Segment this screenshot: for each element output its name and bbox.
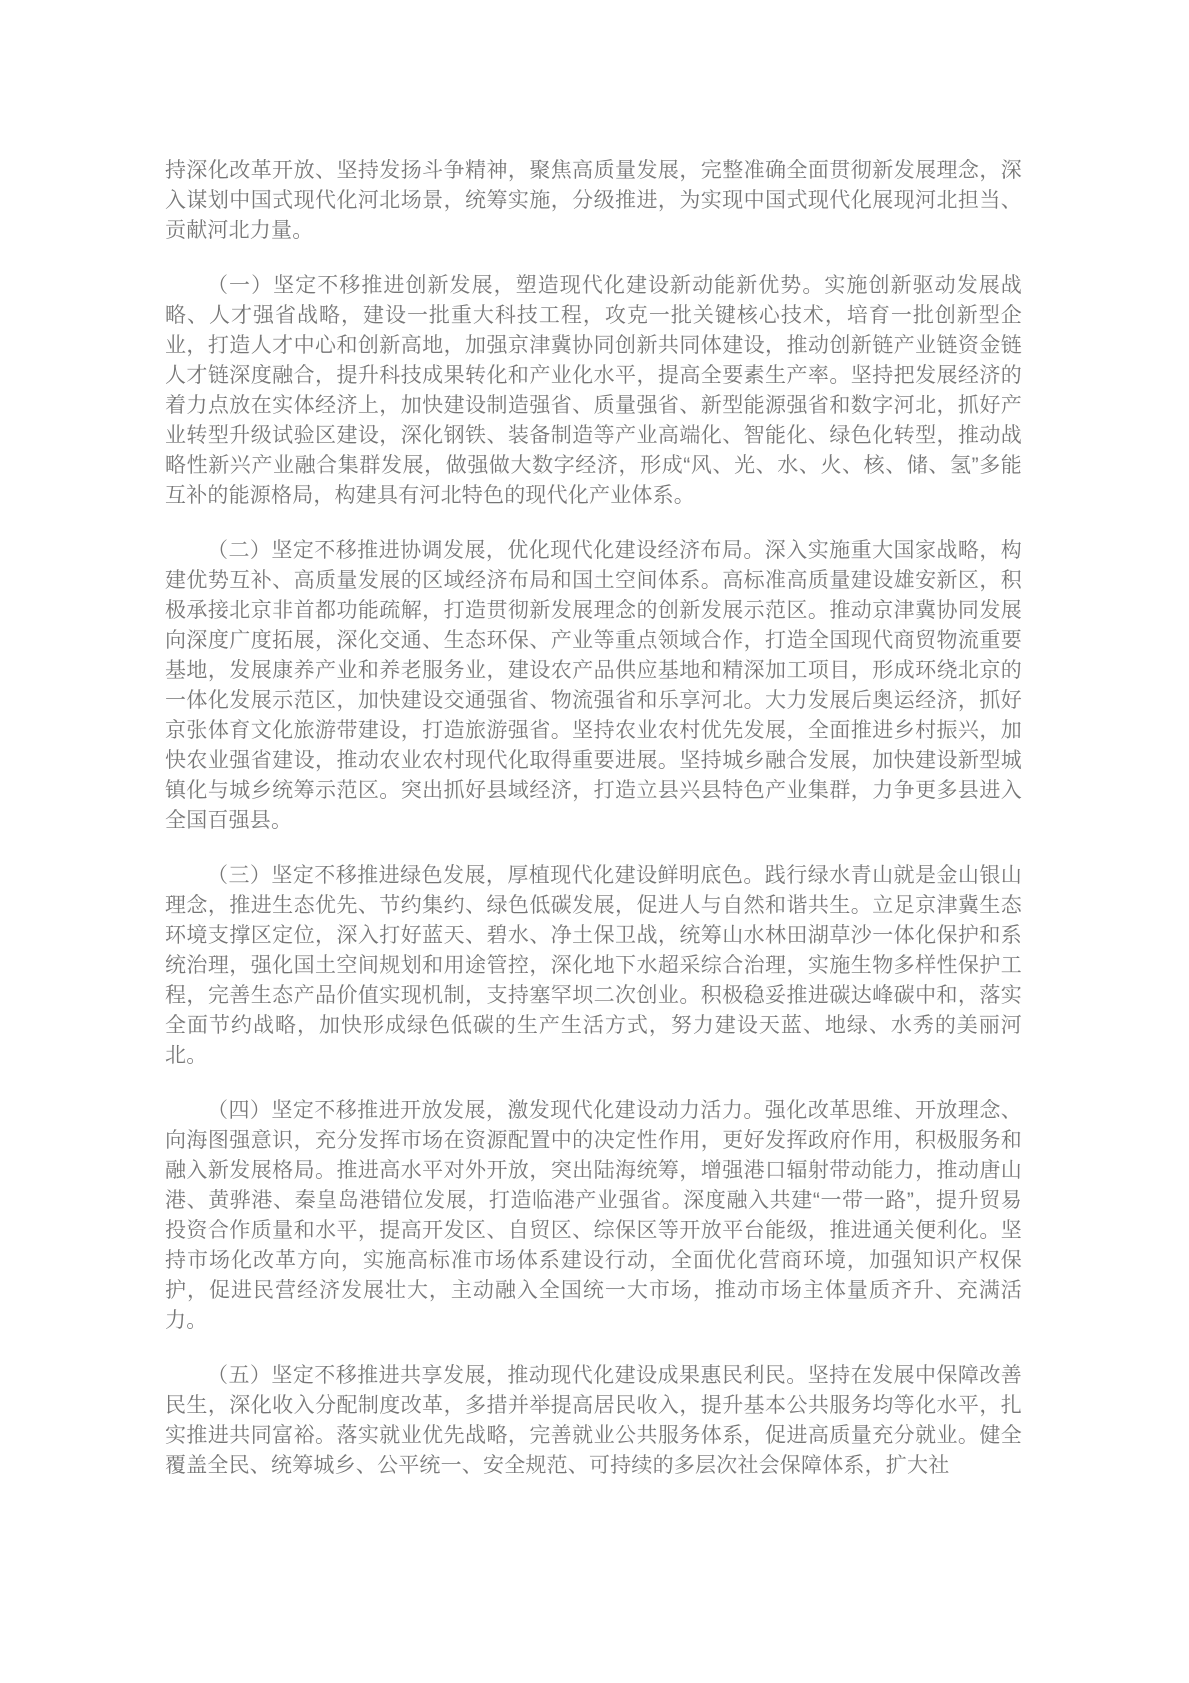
paragraph-item-5: （五）坚定不移推进共享发展，推动现代化建设成果惠民利民。坚持在发展中保障改善民生… <box>165 1361 1022 1481</box>
document-body: 持深化改革开放、坚持发扬斗争精神，聚焦高质量发展，完整准确全面贯彻新发展理念，深… <box>165 156 1022 1506</box>
document-page: 持深化改革开放、坚持发扬斗争精神，聚焦高质量发展，完整准确全面贯彻新发展理念，深… <box>0 0 1189 1683</box>
paragraph-item-2: （二）坚定不移推进协调发展，优化现代化建设经济布局。深入实施重大国家战略，构建优… <box>165 536 1022 836</box>
paragraph-item-4: （四）坚定不移推进开放发展，激发现代化建设动力活力。强化改革思维、开放理念、向海… <box>165 1096 1022 1336</box>
paragraph-continuation: 持深化改革开放、坚持发扬斗争精神，聚焦高质量发展，完整准确全面贯彻新发展理念，深… <box>165 156 1022 246</box>
paragraph-item-3: （三）坚定不移推进绿色发展，厚植现代化建设鲜明底色。践行绿水青山就是金山银山理念… <box>165 861 1022 1071</box>
paragraph-item-1: （一）坚定不移推进创新发展，塑造现代化建设新动能新优势。实施创新驱动发展战略、人… <box>165 271 1022 511</box>
